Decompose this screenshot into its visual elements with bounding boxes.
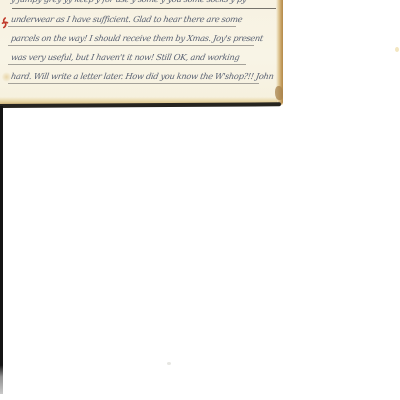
ruled-line: [8, 83, 259, 84]
ruled-line: [8, 64, 246, 65]
handwritten-line: was very useful, but I haven't it now! S…: [10, 51, 240, 64]
scan-speck: [395, 47, 399, 52]
ruled-line: [8, 45, 254, 46]
paper-stain: [2, 72, 11, 82]
scanned-document-page: y jumpy grey yy keep y for use y some y …: [0, 0, 400, 400]
handwritten-line: hard. Will write a letter later. How did…: [10, 70, 275, 83]
ruled-line: [8, 26, 236, 27]
scan-speck: [167, 362, 171, 365]
red-ink-mark: [1, 17, 9, 29]
ruled-line: [12, 8, 276, 9]
scan-edge-line: [0, 106, 3, 394]
card-edge-blotch: [275, 86, 283, 100]
handwritten-line: parcels on the way! I should receive the…: [10, 32, 264, 45]
handwritten-line: underwear as I have sufficient. Glad to …: [10, 13, 243, 26]
handwritten-line-cropped: y jumpy grey yy keep y for use y some y …: [10, 0, 247, 6]
card-shadow-line: [0, 102, 281, 107]
postcard-scan: y jumpy grey yy keep y for use y some y …: [0, 0, 283, 105]
